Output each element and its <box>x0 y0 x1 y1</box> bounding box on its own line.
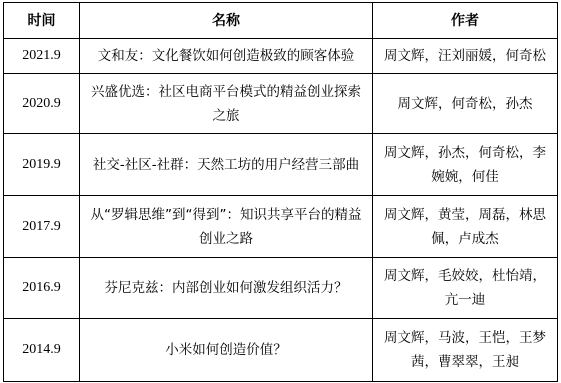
cell-authors: 周文辉，黄莹，周磊，林思佩，卢成杰 <box>373 196 558 258</box>
cell-authors: 周文辉，马波，王恺，王梦茜，曹翠翠，王昶 <box>373 319 558 382</box>
cell-authors: 周文辉，毛姣姣，杜怡靖，亢一迪 <box>373 258 558 319</box>
cell-time: 2019.9 <box>4 134 80 196</box>
table-row: 2016.9 芬尼克兹：内部创业如何激发组织活力？ 周文辉，毛姣姣，杜怡靖，亢一… <box>4 258 558 319</box>
cell-time: 2021.9 <box>4 39 80 74</box>
cell-name: 小米如何创造价值？ <box>80 319 373 382</box>
cell-name: 社交-社区-社群：天然工坊的用户经营三部曲 <box>80 134 373 196</box>
header-row: 时间 名称 作者 <box>4 3 558 39</box>
cell-authors: 周文辉，汪刘丽媛，何奇松 <box>373 39 558 74</box>
cell-time: 2014.9 <box>4 319 80 382</box>
cell-name: 文和友：文化餐饮如何创造极致的顾客体验 <box>80 39 373 74</box>
cell-name: 兴盛优选：社区电商平台模式的精益创业探索之旅 <box>80 74 373 134</box>
table-row: 2021.9 文和友：文化餐饮如何创造极致的顾客体验 周文辉，汪刘丽媛，何奇松 <box>4 39 558 74</box>
cell-authors: 周文辉，孙杰，何奇松，李婉婉，何佳 <box>373 134 558 196</box>
case-study-table: 时间 名称 作者 2021.9 文和友：文化餐饮如何创造极致的顾客体验 周文辉，… <box>3 2 558 382</box>
cell-time: 2020.9 <box>4 74 80 134</box>
table-row: 2020.9 兴盛优选：社区电商平台模式的精益创业探索之旅 周文辉，何奇松，孙杰 <box>4 74 558 134</box>
table-row: 2019.9 社交-社区-社群：天然工坊的用户经营三部曲 周文辉，孙杰，何奇松，… <box>4 134 558 196</box>
cell-name: 从“罗辑思维”到“得到”：知识共享平台的精益创业之路 <box>80 196 373 258</box>
header-time: 时间 <box>4 3 80 39</box>
table-row: 2014.9 小米如何创造价值？ 周文辉，马波，王恺，王梦茜，曹翠翠，王昶 <box>4 319 558 382</box>
table-row: 2017.9 从“罗辑思维”到“得到”：知识共享平台的精益创业之路 周文辉，黄莹… <box>4 196 558 258</box>
header-name: 名称 <box>80 3 373 39</box>
header-authors: 作者 <box>373 3 558 39</box>
cell-time: 2017.9 <box>4 196 80 258</box>
cell-name: 芬尼克兹：内部创业如何激发组织活力？ <box>80 258 373 319</box>
cell-authors: 周文辉，何奇松，孙杰 <box>373 74 558 134</box>
cell-time: 2016.9 <box>4 258 80 319</box>
